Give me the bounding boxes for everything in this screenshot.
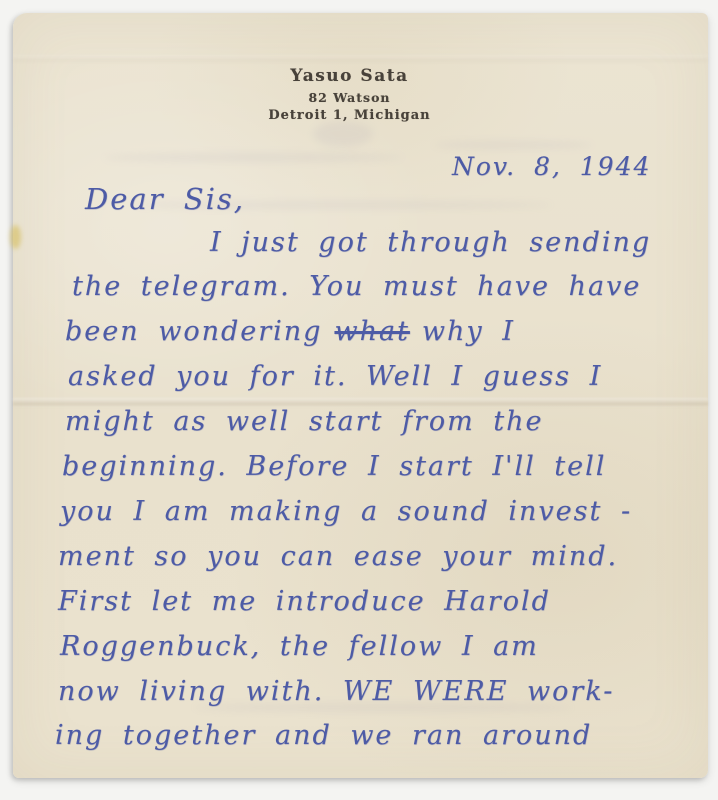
letter-line-12: ing together and we ran around [55, 720, 592, 751]
letterhead: Yasuo Sata 82 Watson Detroit 1, Michigan [13, 66, 686, 123]
letter-line-3-post: why I [422, 316, 515, 347]
paper-crease-top [13, 55, 708, 61]
bleedthrough-smudge [313, 121, 373, 147]
bleedthrough-smudge [103, 153, 403, 162]
letter-salutation: Dear Sis, [85, 182, 245, 216]
letter-line-8: ment so you can ease your mind. [58, 541, 618, 572]
crossed-out-word: what [334, 316, 409, 347]
letter-line-7: you I am making a sound invest - [60, 496, 632, 527]
letter-line-1: I just got through sending [210, 227, 651, 258]
letter-line-3: been wonderingwhatwhy I [65, 316, 515, 347]
letter-line-4: asked you for it. Well I guess I [68, 361, 602, 392]
letterhead-address: 82 Watson [13, 90, 686, 105]
letter-page: Yasuo Sata 82 Watson Detroit 1, Michigan… [13, 13, 708, 778]
paper-stain [10, 225, 21, 249]
letter-date: Nov. 8, 1944 [452, 152, 651, 181]
letter-line-5: might as well start from the [65, 406, 544, 437]
bleedthrough-smudge [433, 141, 593, 149]
letter-line-3-pre: been wondering [65, 316, 322, 347]
letterhead-city: Detroit 1, Michigan [13, 108, 686, 123]
letter-line-6: beginning. Before I start I'll tell [62, 451, 606, 482]
letterhead-name: Yasuo Sata [13, 66, 686, 86]
letter-line-9: First let me introduce Harold [58, 586, 551, 617]
letter-line-11: now living with. WE WERE work- [58, 676, 614, 707]
letter-line-10: Roggenbuck, the fellow I am [60, 631, 539, 662]
letter-line-2: the telegram. You must have have [72, 271, 641, 302]
